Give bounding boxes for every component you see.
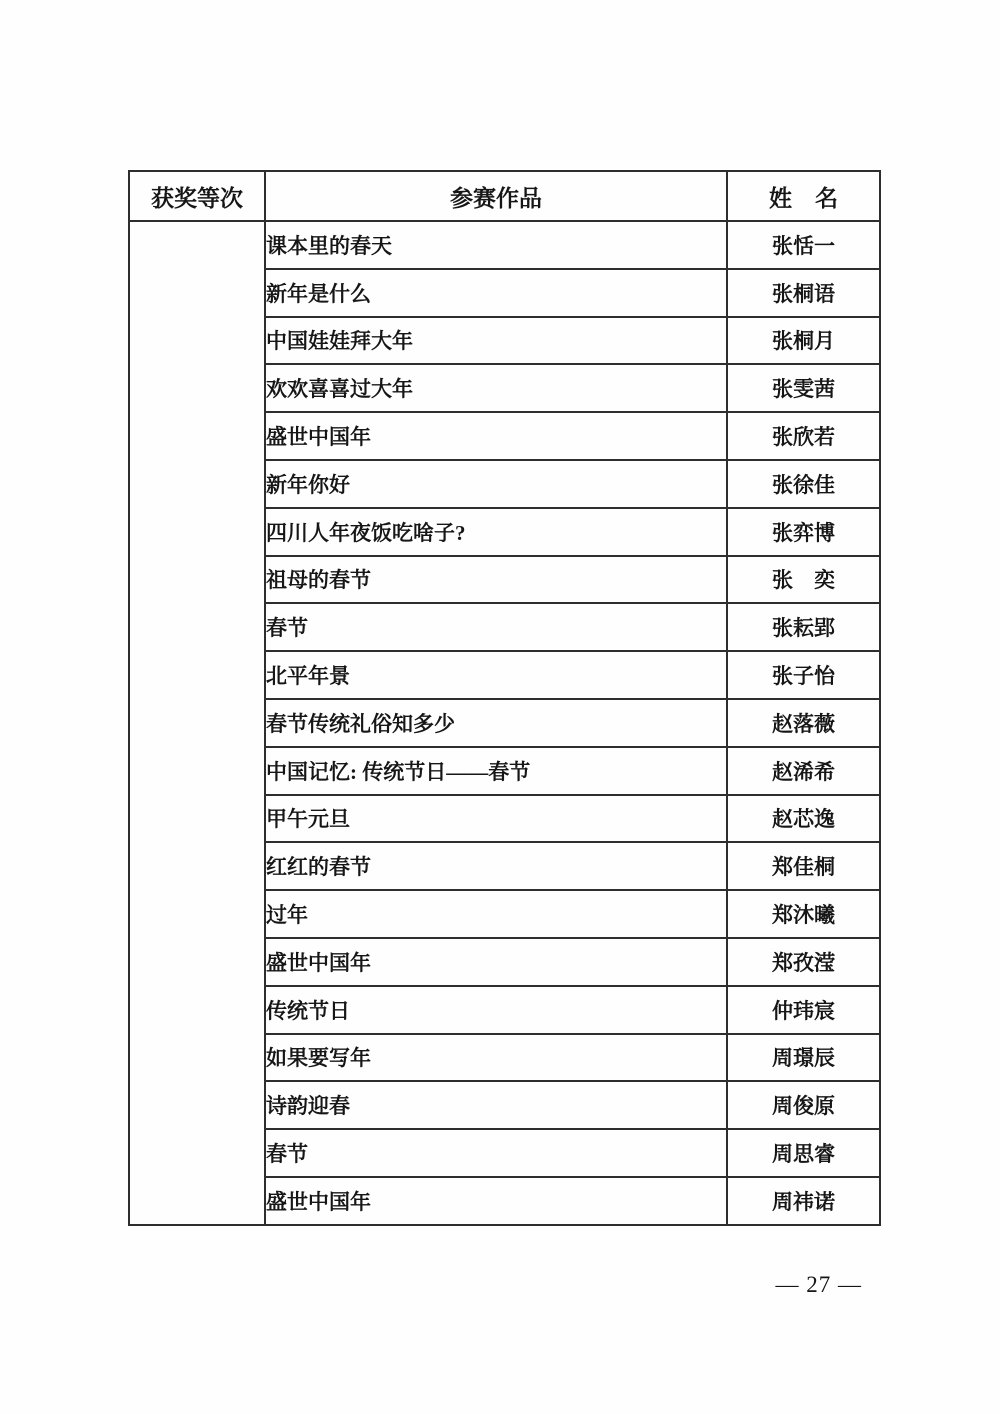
work-title-cell: 中国娃娃拜大年 (265, 317, 727, 365)
work-title-cell: 新年是什么 (265, 269, 727, 317)
name-cell: 仲玮宸 (727, 986, 880, 1034)
work-title-cell: 春节 (265, 603, 727, 651)
name-cell: 张桐月 (727, 317, 880, 365)
award-level-cell (129, 221, 265, 1225)
name-cell: 周璟辰 (727, 1034, 880, 1082)
work-title-cell: 北平年景 (265, 651, 727, 699)
name-cell: 张弈博 (727, 508, 880, 556)
work-title-cell: 盛世中国年 (265, 412, 727, 460)
name-cell: 张 奕 (727, 556, 880, 604)
name-cell: 郑孜滢 (727, 938, 880, 986)
header-entry-work: 参赛作品 (265, 171, 727, 221)
header-name: 姓 名 (727, 171, 880, 221)
header-award-level: 获奖等次 (129, 171, 265, 221)
work-title-cell: 四川人年夜饭吃啥子? (265, 508, 727, 556)
work-title-cell: 盛世中国年 (265, 1177, 727, 1225)
table-row: 课本里的春天 张恬一 (129, 221, 880, 269)
work-title-cell: 甲午元旦 (265, 795, 727, 843)
awards-table: 获奖等次 参赛作品 姓 名 课本里的春天 张恬一 新年是什么 张桐语 中国娃娃拜… (128, 170, 881, 1226)
name-cell: 张恬一 (727, 221, 880, 269)
name-cell: 赵芯逸 (727, 795, 880, 843)
name-cell: 郑沐曦 (727, 890, 880, 938)
work-title-cell: 祖母的春节 (265, 556, 727, 604)
work-title-cell: 春节传统礼俗知多少 (265, 699, 727, 747)
work-title-cell: 红红的春节 (265, 842, 727, 890)
table-body: 课本里的春天 张恬一 新年是什么 张桐语 中国娃娃拜大年 张桐月 欢欢喜喜过大年… (129, 221, 880, 1225)
page-number: — 27 — (776, 1272, 863, 1298)
work-title-cell: 如果要写年 (265, 1034, 727, 1082)
name-cell: 周俊原 (727, 1081, 880, 1129)
header-row: 获奖等次 参赛作品 姓 名 (129, 171, 880, 221)
work-title-cell: 中国记忆: 传统节日——春节 (265, 747, 727, 795)
work-title-cell: 诗韵迎春 (265, 1081, 727, 1129)
name-cell: 张欣若 (727, 412, 880, 460)
name-cell: 张子怡 (727, 651, 880, 699)
work-title-cell: 过年 (265, 890, 727, 938)
table-header: 获奖等次 参赛作品 姓 名 (129, 171, 880, 221)
work-title-cell: 盛世中国年 (265, 938, 727, 986)
name-cell: 张徐佳 (727, 460, 880, 508)
document-page: 获奖等次 参赛作品 姓 名 课本里的春天 张恬一 新年是什么 张桐语 中国娃娃拜… (0, 0, 1000, 1414)
name-cell: 郑佳桐 (727, 842, 880, 890)
name-cell: 赵落薇 (727, 699, 880, 747)
work-title-cell: 春节 (265, 1129, 727, 1177)
name-cell: 张雯茜 (727, 364, 880, 412)
name-cell: 周祎诺 (727, 1177, 880, 1225)
name-cell: 张耘郢 (727, 603, 880, 651)
work-title-cell: 传统节日 (265, 986, 727, 1034)
work-title-cell: 欢欢喜喜过大年 (265, 364, 727, 412)
name-cell: 赵浠希 (727, 747, 880, 795)
name-cell: 张桐语 (727, 269, 880, 317)
work-title-cell: 新年你好 (265, 460, 727, 508)
name-cell: 周思睿 (727, 1129, 880, 1177)
work-title-cell: 课本里的春天 (265, 221, 727, 269)
